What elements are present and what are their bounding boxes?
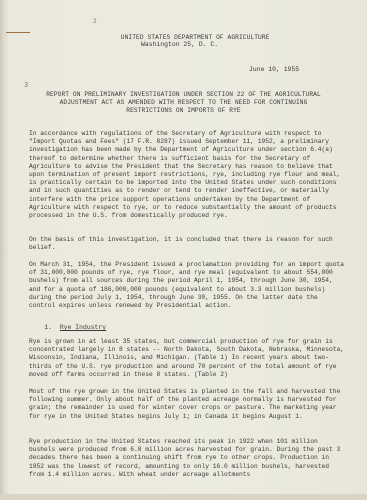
- letter-date: June 10, 1955: [249, 66, 299, 74]
- paragraph-regulations: In accordance with regulations of the Se…: [29, 130, 347, 220]
- paragraph-conclusion: On the basis of this investigation, it i…: [29, 236, 347, 252]
- page-bottom-edge: [0, 494, 367, 500]
- document-page: 2 UNITED STATES DEPARTMENT OF AGRICULTUR…: [0, 0, 367, 500]
- paragraph-production: Rye production in the United States reac…: [29, 438, 347, 479]
- agency-name: UNITED STATES DEPARTMENT OF AGRICULTURE: [121, 34, 270, 41]
- report-title-line-1: REPORT ON PRELIMINARY INVESTIGATION UNDE…: [0, 91, 367, 99]
- report-title-line-3: RESTRICTIONS ON IMPORTS OF RYE: [0, 107, 367, 115]
- margin-mark: 2: [93, 18, 97, 25]
- paragraph-rye-states: Rye is grown in at least 35 states, but …: [29, 338, 347, 379]
- letterhead-location: Washington 25, D. C.: [141, 41, 218, 49]
- section-number: 1.: [44, 324, 52, 331]
- section-heading: 1. Rye Industry: [29, 316, 106, 340]
- margin-mark: 3: [24, 82, 28, 90]
- paragraph-planting: Most of the rye grown in the United Stat…: [29, 388, 347, 421]
- section-title: Rye Industry: [60, 324, 106, 331]
- report-title-line-2: ADJUSTMENT ACT AS AMENDED WITH RESPECT T…: [0, 99, 367, 107]
- paragraph-proclamation: On March 31, 1954, the President issued …: [29, 261, 347, 310]
